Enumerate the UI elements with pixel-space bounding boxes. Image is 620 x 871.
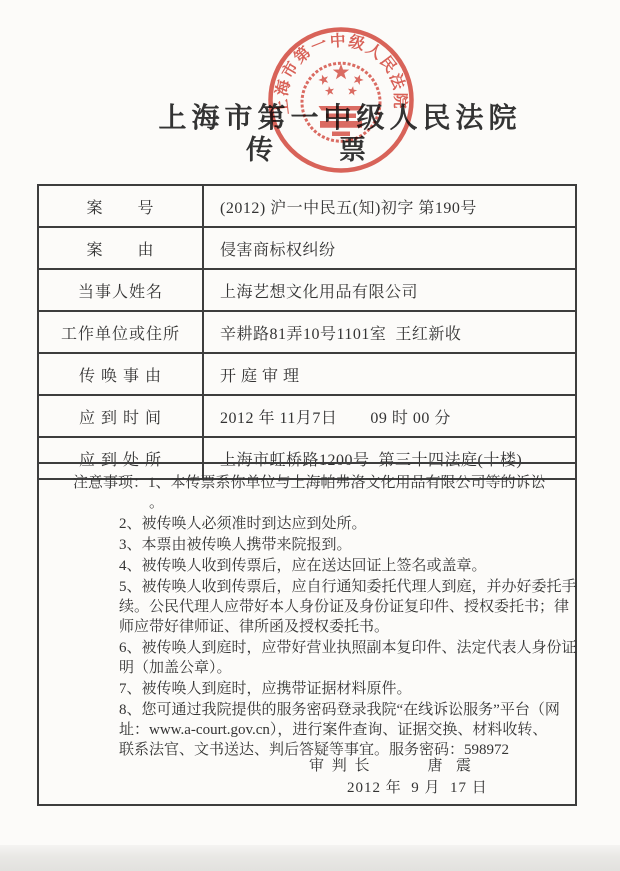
- row-value: (2012) 沪一中民五(知)初字 第190号: [204, 186, 575, 226]
- note-item-8: 8、您可通过我院提供的服务密码登录我院“在线诉讼服务”平台（网 址：www.a-…: [119, 700, 579, 760]
- row-label: 工作单位或住所: [39, 312, 204, 352]
- note-item-6: 6、被传唤人到庭时，应带好营业执照副本复印件、法定代表人身份证 明（加盖公章）。: [119, 638, 579, 678]
- table-row-party-name: 当事人姓名 上海艺想文化用品有限公司: [39, 270, 575, 312]
- issue-date: 2012 年 9 月 17 日: [347, 776, 488, 797]
- table-row-address: 工作单位或住所 辛耕路81弄10号1101室 王红新收: [39, 312, 575, 354]
- court-seal-icon: 上海市第一中级人民法院: [266, 25, 416, 175]
- row-label: 案 由: [39, 228, 204, 268]
- row-label: 当事人姓名: [39, 270, 204, 310]
- table-row-cause-of-action: 案 由 侵害商标权纠纷: [39, 228, 575, 270]
- judge-signature-line: 审 判 长 唐 震: [309, 754, 473, 775]
- row-label: 案 号: [39, 186, 204, 226]
- scan-edge-shadow: [0, 845, 620, 871]
- judge-title: 审 判 长: [309, 754, 372, 775]
- row-label: 传 唤 事 由: [39, 354, 204, 394]
- note-item-2: 2、被传唤人必须准时到达应到处所。: [119, 514, 579, 534]
- note-item-3: 3、本票由被传唤人携带来院报到。: [119, 535, 579, 555]
- notes-list: 注意事项：1、本传票系你单位与上海帕弗洛文化用品有限公司等的诉讼 。 2、被传唤…: [39, 473, 579, 761]
- row-value: 开 庭 审 理: [204, 354, 575, 394]
- note-item-5: 5、被传唤人收到传票后，应自行通知委托代理人到庭，并办好委托手 续。公民代理人应…: [119, 577, 579, 637]
- summons-document-page: 上海市第一中级人民法院 上海市第一中级人民法院 传 票 案 号 (2012) 沪…: [0, 0, 620, 871]
- row-value: 辛耕路81弄10号1101室 王红新收: [204, 312, 575, 352]
- table-row-appearance-time: 应 到 时 间 2012 年 11月7日 09 时 00 分: [39, 396, 575, 438]
- table-row-case-number: 案 号 (2012) 沪一中民五(知)初字 第190号: [39, 186, 575, 228]
- row-value: 2012 年 11月7日 09 时 00 分: [204, 396, 575, 436]
- summons-table: 案 号 (2012) 沪一中民五(知)初字 第190号 案 由 侵害商标权纠纷 …: [37, 184, 577, 480]
- notes-label: 注意事项：: [73, 475, 148, 491]
- note-item-1: 注意事项：1、本传票系你单位与上海帕弗洛文化用品有限公司等的诉讼 。: [119, 473, 579, 513]
- row-label: 应 到 时 间: [39, 396, 204, 436]
- note-item-7: 7、被传唤人到庭时，应携带证据材料原件。: [119, 679, 579, 699]
- row-value: 侵害商标权纠纷: [204, 228, 575, 268]
- note-item-4: 4、被传唤人收到传票后，应在送达回证上签名或盖章。: [119, 556, 579, 576]
- notes-box: 注意事项：1、本传票系你单位与上海帕弗洛文化用品有限公司等的诉讼 。 2、被传唤…: [37, 462, 577, 806]
- note-item-text: 1、本传票系你单位与上海帕弗洛文化用品有限公司等的诉讼 。: [119, 475, 546, 511]
- judge-name: 唐 震: [428, 754, 474, 775]
- national-emblem-icon: [302, 63, 380, 141]
- row-value: 上海艺想文化用品有限公司: [204, 270, 575, 310]
- table-row-summons-reason: 传 唤 事 由 开 庭 审 理: [39, 354, 575, 396]
